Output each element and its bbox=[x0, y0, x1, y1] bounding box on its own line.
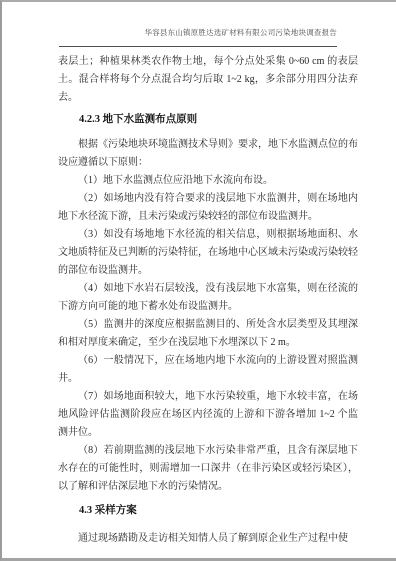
page-number: 41 bbox=[58, 557, 358, 561]
paragraph-groundwater-intro: 根据《污染地块环境监测技术导则》要求，地下水监测点位的布设应遵循以下原则： bbox=[58, 136, 358, 172]
list-item-principle-4: （4）如地下水岩石层较浅，没有浅层地下水富集，则在径流的下游方向可能的地下蓄水处… bbox=[58, 280, 358, 316]
list-item-principle-6: （6）一般情况下，应在场地内地下水流向的上游设置对照监测井。 bbox=[58, 352, 358, 388]
section-heading-4-3: 4.3 采样方案 bbox=[58, 504, 358, 518]
paragraph-topsoil-sampling: 表层土；种植果林类农作物土地，每个分点处采集 0~60 cm 的表层土。混合样将… bbox=[58, 53, 358, 107]
list-item-principle-1: （1）地下水监测点位应沿地下水流向布设。 bbox=[58, 172, 358, 190]
header-rule-divider bbox=[59, 46, 337, 47]
document-page: 华容县东山镇原胜达选矿材料有限公司污染地块调查报告 表层土；种植果林类农作物土地… bbox=[0, 0, 396, 561]
document-body: 表层土；种植果林类农作物土地，每个分点处采集 0~60 cm 的表层土。混合样将… bbox=[58, 53, 358, 561]
running-header-title: 华容县东山镇原胜达选矿材料有限公司污染地块调查报告 bbox=[59, 28, 337, 38]
list-item-principle-7: （7）如场地面积较大，地下水污染较重，地下水较丰富，在场地风险评估监测阶段应在场… bbox=[58, 388, 358, 442]
list-item-principle-2: （2）如场地内没有符合要求的浅层地下水监测井，则在场地内地下水径流下游，且未污染… bbox=[58, 190, 358, 226]
list-item-principle-5: （5）监测井的深度应根据监测目的、所处含水层类型及其埋深和相对厚度来确定，至少在… bbox=[58, 316, 358, 352]
paragraph-sampling-plan-intro: 通过现场踏勘及走访相关知情人员了解到原企业生产过程中使 bbox=[58, 530, 358, 548]
list-item-principle-8: （8）若前期监测的浅层地下水污染非常严重，且含有深层地下水存在的可能性时，则需增… bbox=[58, 442, 358, 496]
section-heading-4-2-3: 4.2.3 地下水监测布点原则 bbox=[58, 113, 358, 127]
list-item-principle-3: （3）如没有场地地下水径流的相关信息，则根据场地面积、水文地质特征及已判断的污染… bbox=[58, 226, 358, 280]
